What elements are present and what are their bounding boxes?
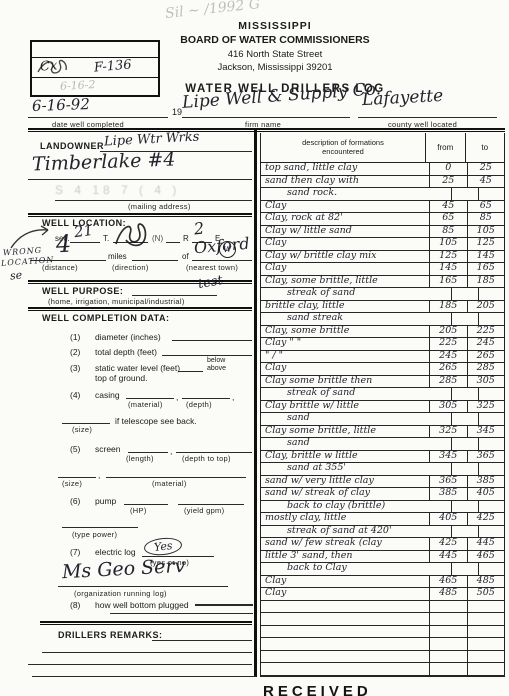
formation-description: sand	[261, 438, 451, 450]
formation-to-value: 505	[467, 588, 505, 600]
formation-to-value: 125	[467, 238, 505, 250]
item1-underline	[172, 340, 252, 341]
item6-label: pump	[95, 496, 116, 506]
scanned-form-page: Sil ~ /1992 G Cx F-136 6-16-2 MISSISSIPP…	[0, 0, 509, 696]
item3-number: (3)	[70, 363, 80, 373]
purpose-options-label: (home, irrigation, municipal/industrial)	[48, 297, 185, 306]
formations-from-header: from	[425, 133, 465, 162]
agency-header: MISSISSIPPI BOARD OF WATER COMMISSIONERS…	[130, 20, 420, 73]
formation-description: Clay	[261, 238, 429, 250]
formation-to-value: 185	[467, 276, 505, 288]
range-label: R	[183, 234, 189, 243]
formation-description: Clay	[261, 201, 429, 213]
wrong-location-arrow-icon	[8, 222, 54, 250]
formation-row: sand streak	[261, 313, 504, 326]
formation-description: sand w/ very little clay	[261, 476, 429, 488]
formation-from-value: 125	[429, 251, 467, 263]
landowner-label: LANDOWNER	[40, 141, 104, 151]
item6-power-label: (type power)	[72, 530, 117, 539]
formation-description: Clay w/ little sand	[261, 226, 429, 238]
formation-from-value: 385	[429, 488, 467, 500]
formation-to-value	[467, 601, 505, 613]
formation-from-value	[451, 563, 478, 575]
item3-below-label: below	[207, 357, 225, 364]
formation-from-value: 245	[429, 351, 467, 363]
desc-header-line1: description of formations	[261, 138, 425, 147]
item3-tail-label: top of ground.	[95, 373, 147, 383]
formation-to-value	[467, 638, 505, 650]
formation-row	[261, 638, 504, 651]
item7-number: (7)	[70, 547, 80, 557]
formation-row: Clay 485 505	[261, 588, 504, 601]
formation-row: sand w/ streak of clay 385 405	[261, 488, 504, 501]
item8-underline2	[110, 613, 253, 614]
item2-label: total depth (feet)	[95, 347, 157, 357]
margin-initials: se	[9, 269, 22, 281]
formation-from-value: 465	[429, 576, 467, 588]
formation-to-value	[478, 526, 505, 538]
formation-description: streak of sand	[261, 288, 451, 300]
formation-to-value	[478, 188, 505, 200]
formations-body: top sand, little clay 0 25 sand then cla…	[261, 163, 504, 676]
town-underline	[192, 260, 252, 261]
item5-label: screen	[95, 444, 121, 454]
landowner-value: Lipe Wtr Wrks	[104, 131, 200, 149]
completion-heading: WELL COMPLETION DATA:	[42, 313, 170, 323]
item8-number: (8)	[70, 600, 80, 610]
distance-underline	[30, 260, 106, 261]
formation-row: sand	[261, 438, 504, 451]
north-label: (N)	[152, 234, 163, 243]
formation-row: streak of sand	[261, 388, 504, 401]
distance-value: 4	[55, 232, 72, 257]
formation-row: sand at 355'	[261, 463, 504, 476]
formation-from-value	[451, 463, 478, 475]
well-name-value: Timberlake #4	[32, 151, 176, 175]
formation-from-value	[451, 413, 478, 425]
mailing-address-label: (mailing address)	[128, 202, 191, 211]
formation-from-value: 445	[429, 551, 467, 563]
formation-to-value	[478, 388, 505, 400]
formation-to-value: 85	[467, 213, 505, 225]
formation-to-value: 305	[467, 376, 505, 388]
formation-to-value	[478, 563, 505, 575]
formations-header: description of formations encountered fr…	[261, 133, 504, 163]
distance-label: (distance)	[42, 263, 78, 272]
formation-description: sand then clay with	[261, 176, 429, 188]
item5-size-label: (size)	[62, 479, 82, 488]
formation-from-value: 65	[429, 213, 467, 225]
formation-from-value	[451, 501, 478, 513]
formation-row: back to Clay	[261, 563, 504, 576]
formation-description: Clay, brittle w little	[261, 451, 429, 463]
item1-number: (1)	[70, 332, 80, 342]
formation-from-value: 265	[429, 363, 467, 375]
township-label: T.	[103, 234, 109, 243]
date-completed-value: 6-16-92	[32, 97, 90, 114]
formation-to-value	[467, 651, 505, 663]
formation-row: " / " 245 265	[261, 351, 504, 364]
county-value: Lafayette	[362, 88, 444, 109]
purpose-value: test	[197, 274, 224, 291]
formation-from-value: 0	[429, 163, 467, 175]
formation-description: sand streak	[261, 313, 451, 325]
item6-yield-label: (yield gpm)	[184, 506, 224, 515]
formation-from-value: 105	[429, 238, 467, 250]
formation-row: Clay 465 485	[261, 576, 504, 589]
item4-depth-underline	[182, 398, 230, 399]
formation-description: Clay some brittle, little	[261, 426, 429, 438]
direction-underline	[132, 260, 178, 261]
formation-description: streak of sand at 420'	[261, 526, 451, 538]
formation-description	[261, 601, 429, 613]
formation-description: sand w/ few streak (clay	[261, 538, 429, 550]
formation-description: Clay	[261, 588, 429, 600]
formation-description: brittle clay, little	[261, 301, 429, 313]
formation-to-value: 465	[467, 551, 505, 563]
item3-underline	[178, 371, 203, 372]
received-stamp: RECEIVED	[263, 683, 372, 696]
formation-description: sand w/ streak of clay	[261, 488, 429, 500]
item4-telescope-label: if telescope see back.	[115, 416, 197, 426]
scribble-blob-icon	[112, 220, 152, 250]
item5-depth-to-top-label: (depth to top)	[182, 454, 231, 463]
formation-row: Clay 105 125	[261, 238, 504, 251]
formation-from-value: 185	[429, 301, 467, 313]
stamp-box-date-cell: 6-16-2	[32, 78, 158, 95]
formation-row: Clay w/ little sand 85 105	[261, 226, 504, 239]
formation-from-value: 225	[429, 338, 467, 350]
formation-from-value: 165	[429, 276, 467, 288]
formation-row: Clay " " 225 245	[261, 338, 504, 351]
purpose-underline	[132, 295, 217, 296]
formation-to-value: 145	[467, 251, 505, 263]
item4-number: (4)	[70, 390, 80, 400]
formation-row: Clay, rock at 82' 65 85	[261, 213, 504, 226]
remarks-underline3	[28, 664, 252, 665]
item4-comma1: ,	[176, 392, 178, 402]
formation-row: Clay 145 165	[261, 263, 504, 276]
formation-description	[261, 663, 429, 675]
formation-from-value	[451, 526, 478, 538]
formation-to-value	[478, 438, 505, 450]
item1-label: diameter (inches)	[95, 332, 161, 342]
of-label: of	[182, 252, 189, 261]
formation-from-value: 85	[429, 226, 467, 238]
formation-from-value: 205	[429, 326, 467, 338]
item5-comma2: ,	[98, 470, 100, 480]
formation-description: back to Clay	[261, 563, 451, 575]
formation-description: Clay	[261, 263, 429, 275]
item3-label: static water level (feet)	[95, 363, 180, 373]
formation-row: Clay 265 285	[261, 363, 504, 376]
formation-from-value	[429, 638, 467, 650]
formation-from-value: 405	[429, 513, 467, 525]
item7-label: electric log	[95, 547, 136, 557]
formation-to-value: 405	[467, 488, 505, 500]
formation-description: Clay, rock at 82'	[261, 213, 429, 225]
formation-from-value	[451, 388, 478, 400]
item5-length-underline	[128, 452, 168, 453]
formation-description: Clay, some brittle	[261, 326, 429, 338]
stamp-date-pencil: 6-16-2	[60, 79, 96, 92]
formation-from-value: 365	[429, 476, 467, 488]
item4-size-label: (size)	[72, 425, 92, 434]
formation-description: top sand, little clay	[261, 163, 429, 175]
formation-description: little 3' sand, then	[261, 551, 429, 563]
address-line2	[55, 200, 252, 201]
formation-from-value	[429, 663, 467, 675]
formation-to-value: 105	[467, 226, 505, 238]
formation-to-value: 25	[467, 163, 505, 175]
sec-value: 21	[73, 223, 94, 241]
pencil-scribble: Sil ~ /1992 G	[165, 0, 261, 21]
formation-to-value	[478, 413, 505, 425]
location-section-rule	[28, 213, 252, 217]
formation-from-value	[429, 626, 467, 638]
formation-from-value	[429, 613, 467, 625]
formation-to-value: 425	[467, 513, 505, 525]
formation-description	[261, 638, 429, 650]
drillers-remarks-label: DRILLERS REMARKS:	[58, 630, 163, 640]
formation-to-value	[478, 501, 505, 513]
formation-row: mostly clay, little 405 425	[261, 513, 504, 526]
formation-description: Clay some brittle then	[261, 376, 429, 388]
formation-to-value	[478, 463, 505, 475]
year-prefix: 19	[172, 107, 182, 117]
formation-to-value: 445	[467, 538, 505, 550]
item3-above-label: above	[207, 365, 226, 372]
formation-to-value: 225	[467, 326, 505, 338]
formation-from-value: 285	[429, 376, 467, 388]
ns-underline	[166, 242, 180, 243]
item5-material-label: (material)	[152, 479, 187, 488]
formation-description: mostly clay, little	[261, 513, 429, 525]
main-divider	[28, 128, 505, 132]
range-value: 2	[193, 221, 205, 238]
log-organization-value: Ms Geo Serv	[62, 557, 186, 582]
formation-to-value	[467, 613, 505, 625]
formations-to-header: to	[465, 133, 505, 162]
formation-to-value: 265	[467, 351, 505, 363]
formation-description: Clay w/ brittle clay mix	[261, 251, 429, 263]
formation-from-value: 145	[429, 263, 467, 275]
item2-underline	[162, 355, 252, 356]
item6-number: (6)	[70, 496, 80, 506]
nearest-town-value: Oxford	[193, 236, 250, 257]
firm-underline	[182, 117, 350, 118]
formation-to-value: 285	[467, 363, 505, 375]
direction-label: (direction)	[112, 263, 149, 272]
formation-description: sand	[261, 413, 451, 425]
item4-size-underline	[62, 423, 110, 424]
formation-description: Clay	[261, 576, 429, 588]
formation-from-value: 45	[429, 201, 467, 213]
electric-log-answer: Yes	[143, 536, 183, 557]
formation-to-value: 325	[467, 401, 505, 413]
formation-to-value: 205	[467, 301, 505, 313]
well-purpose-heading: WELL PURPOSE:	[42, 286, 123, 296]
formation-from-value: 325	[429, 426, 467, 438]
item4-comma2: ,	[232, 392, 234, 402]
formation-row: top sand, little clay 0 25	[261, 163, 504, 176]
formation-description: Clay	[261, 363, 429, 375]
formation-row: sand rock.	[261, 188, 504, 201]
formation-from-value	[429, 601, 467, 613]
item4-label: casing	[95, 390, 120, 400]
formation-from-value	[429, 651, 467, 663]
formation-from-value: 425	[429, 538, 467, 550]
stamp-code: F-136	[94, 58, 133, 74]
item5-length-label: (length)	[126, 454, 154, 463]
item6-hp-underline	[124, 504, 168, 505]
formation-to-value: 385	[467, 476, 505, 488]
formation-description: streak of sand	[261, 388, 451, 400]
item8-dash-line	[195, 604, 253, 606]
formation-row: Clay w/ brittle clay mix 125 145	[261, 251, 504, 264]
formation-from-value: 305	[429, 401, 467, 413]
formation-to-value	[478, 288, 505, 300]
item5-size-underline	[58, 477, 96, 478]
formation-to-value: 165	[467, 263, 505, 275]
item6-yield-underline	[178, 504, 244, 505]
formation-row	[261, 626, 504, 639]
item4-material-underline	[126, 398, 174, 399]
formation-from-value	[451, 438, 478, 450]
item5-depth-underline	[176, 452, 252, 453]
formation-description: back to clay (brittle)	[261, 501, 451, 513]
formation-to-value	[478, 313, 505, 325]
remarks-underline1	[152, 640, 252, 641]
remarks-underline4	[32, 676, 256, 677]
item7-org-underline	[58, 586, 228, 587]
formation-from-value: 345	[429, 451, 467, 463]
formation-description: sand rock.	[261, 188, 451, 200]
desc-header-line2: encountered	[261, 147, 425, 156]
formation-description	[261, 626, 429, 638]
item4-material-label: (material)	[128, 400, 163, 409]
formation-description: sand at 355'	[261, 463, 451, 475]
formations-desc-header: description of formations encountered	[261, 133, 425, 162]
formation-description: Clay brittle w/ little	[261, 401, 429, 413]
address-line1	[28, 179, 252, 180]
formation-row	[261, 601, 504, 614]
formation-description	[261, 651, 429, 663]
item4-depth-label: (depth)	[186, 400, 212, 409]
formation-to-value: 485	[467, 576, 505, 588]
formation-description: Clay " "	[261, 338, 429, 350]
agency-line4: Jackson, Mississippi 39201	[130, 62, 420, 73]
completion-section-rule	[28, 307, 252, 311]
item5-material-underline	[106, 477, 246, 478]
formation-from-value	[451, 188, 478, 200]
formation-to-value: 245	[467, 338, 505, 350]
formation-row: sand w/ few streak (clay 425 445	[261, 538, 504, 551]
formation-description: " / "	[261, 351, 429, 363]
county-underline	[358, 117, 497, 118]
item2-number: (2)	[70, 347, 80, 357]
item8-label: how well bottom plugged	[95, 600, 189, 610]
remarks-underline2	[42, 652, 252, 653]
remarks-section-rule	[40, 621, 252, 625]
formation-row	[261, 663, 504, 676]
formation-to-value: 345	[467, 426, 505, 438]
formation-to-value: 65	[467, 201, 505, 213]
item5-number: (5)	[70, 444, 80, 454]
item6-power-underline	[62, 527, 138, 528]
formation-to-value	[467, 626, 505, 638]
formation-from-value	[451, 313, 478, 325]
formation-from-value: 485	[429, 588, 467, 600]
agency-line2: BOARD OF WATER COMMISSIONERS	[130, 34, 420, 46]
formation-row	[261, 651, 504, 664]
nearest-town-label: (nearest town)	[186, 263, 238, 272]
scribble-icon	[36, 58, 70, 76]
sec-underline	[70, 242, 100, 243]
formation-to-value	[467, 663, 505, 675]
formation-from-value: 25	[429, 176, 467, 188]
agency-line3: 416 North State Street	[130, 49, 420, 60]
formation-description: Clay, some brittle, little	[261, 276, 429, 288]
column-divider	[254, 130, 257, 677]
item6-hp-label: (HP)	[130, 506, 147, 515]
item7-org-label: (organization running log)	[74, 589, 167, 598]
formation-row: streak of sand	[261, 288, 504, 301]
formation-to-value: 45	[467, 176, 505, 188]
formations-table: description of formations encountered fr…	[260, 133, 505, 677]
formation-description	[261, 613, 429, 625]
formation-row	[261, 613, 504, 626]
formation-to-value: 365	[467, 451, 505, 463]
miles-label: miles	[108, 252, 127, 261]
agency-line1: MISSISSIPPI	[130, 20, 420, 32]
date-underline	[28, 117, 168, 118]
formation-from-value	[451, 288, 478, 300]
formation-row: sand	[261, 413, 504, 426]
item5-comma1: ,	[170, 446, 172, 456]
faded-stamp-text: S 4 18 7 ( 4 )	[55, 183, 180, 197]
